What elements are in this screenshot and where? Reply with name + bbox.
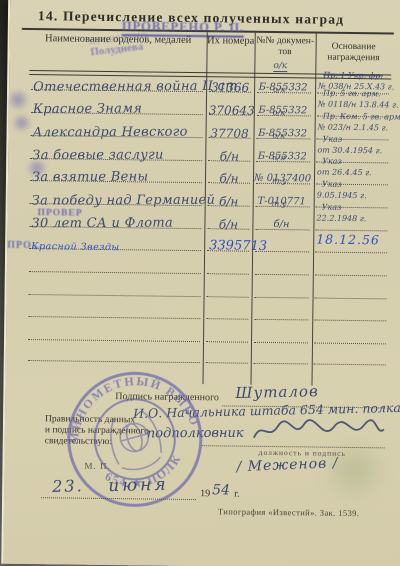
basis-line2: 18.12.56 <box>316 232 380 248</box>
basis-line2: № 023/н 2.1.45 г. <box>318 123 389 133</box>
awards-table: Наименование орденов, медалей Их номера … <box>26 30 392 386</box>
header-doc: №№ докумен- тов <box>254 36 315 58</box>
basis-line2: 22.2.1948 г. <box>316 214 366 224</box>
basis-line1: Указ <box>322 135 342 144</box>
stamp-smudge <box>5 90 31 110</box>
header-basis: Основание награждения <box>315 42 391 64</box>
basis-line2: № 0118/н 13.8.44 г. <box>318 100 399 110</box>
doc-note: т.у. <box>272 199 289 208</box>
award-record-card: 14. Перечисление всех полученных наград … <box>1 0 400 566</box>
awardee-signature: Шуталов <box>235 382 319 402</box>
date-year-handwritten: 54 <box>212 482 230 498</box>
paper-stain <box>322 434 387 507</box>
date-g-label: г. <box>234 489 240 500</box>
basis-line2: от 26.4.45 г. <box>317 168 372 178</box>
header-name: Наименование орденов, медалей <box>30 33 207 47</box>
header-number: Их номера <box>207 35 255 48</box>
scanned-photo: 14. Перечисление всех полученных наград … <box>0 0 400 566</box>
basis-line1: Пр. 1 Укр. фр. <box>323 71 383 81</box>
stamp-emblem <box>105 408 166 475</box>
basis-line2: от 30.4.1954 г. <box>317 146 382 156</box>
table-row-empty <box>26 339 388 365</box>
doc-note: п/я <box>272 153 285 162</box>
header-doc-note: о/к <box>273 61 287 72</box>
basis-line1: Указ <box>322 180 342 189</box>
date-month-handwritten: июня <box>108 475 169 496</box>
doc-note: о/к <box>272 131 284 140</box>
print-credit: Типография «Известий». Зак. 1539. <box>218 506 360 518</box>
doc-note: о/к <box>273 108 285 117</box>
doc-note: т.у. <box>272 176 289 185</box>
basis-line1: Указ <box>322 157 342 166</box>
basis-line1: Пр. 5 гв. арм. <box>323 89 381 99</box>
date-year-printed: 19 <box>200 488 210 499</box>
basis-line2: 9.05.1945 г. <box>317 191 367 201</box>
date-day-handwritten: 23. <box>52 476 84 496</box>
basis-line1: Указ <box>322 203 342 212</box>
basis-line1: Пр. Ком. 5 гв. арм. <box>323 112 400 122</box>
doc-note: о/к <box>273 85 285 94</box>
